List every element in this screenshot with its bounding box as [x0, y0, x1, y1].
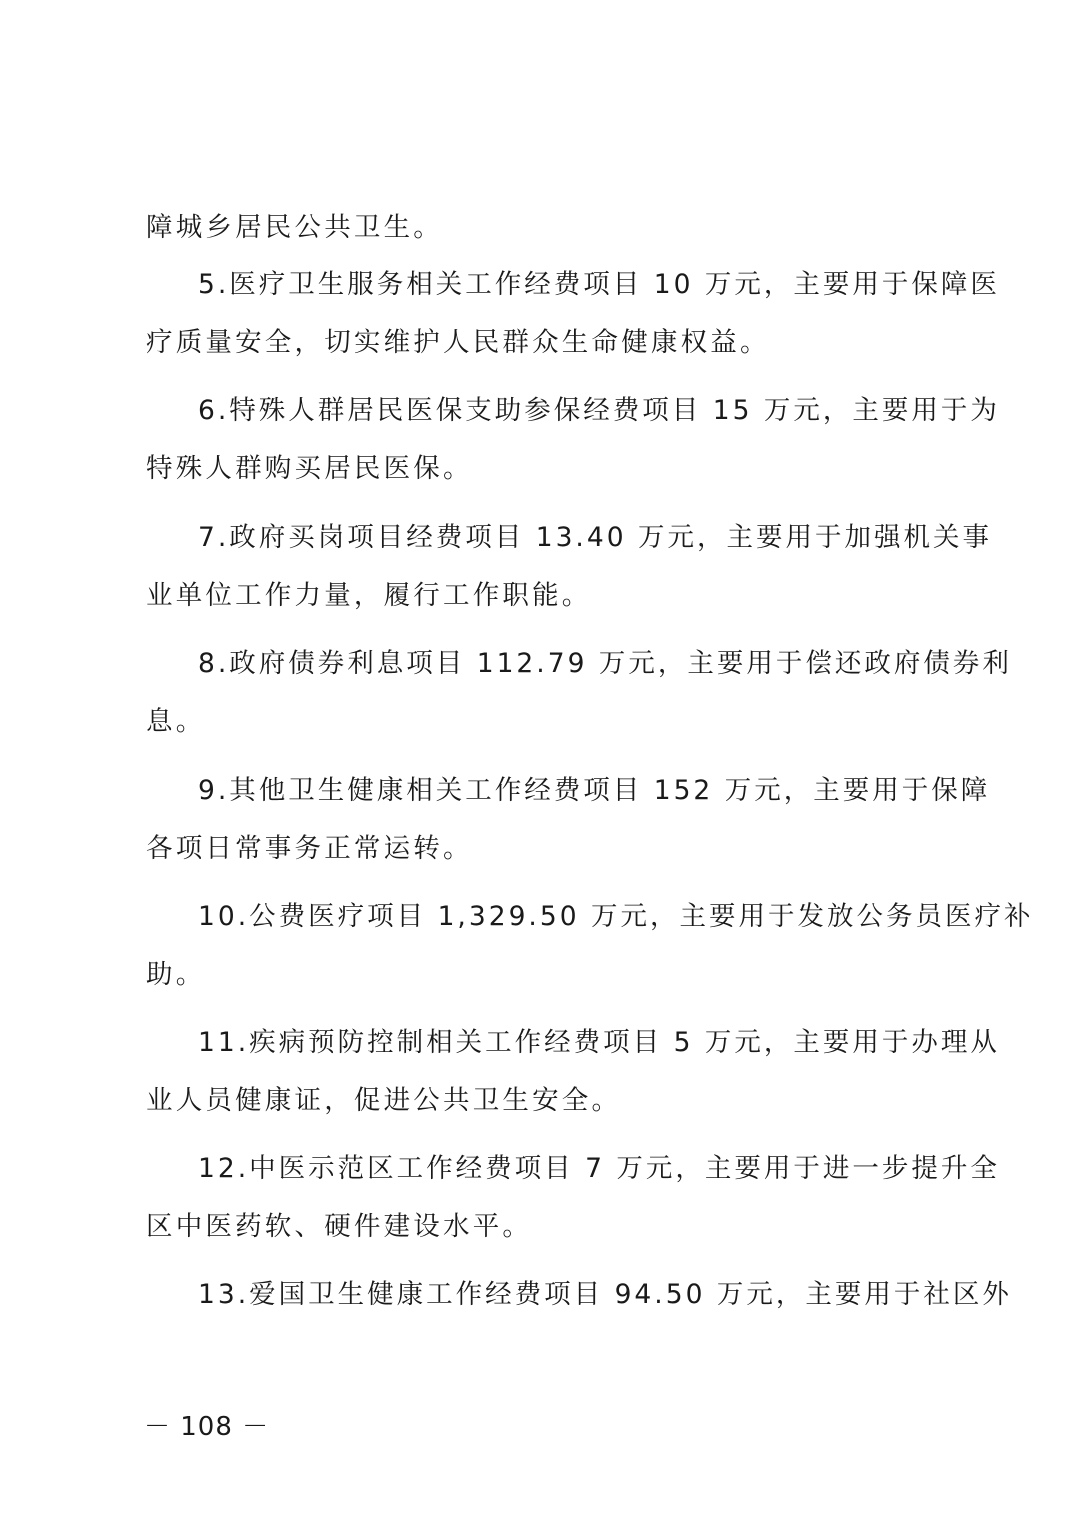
- paragraph-line: 6.特殊人群居民医保支助参保经费项目 15 万元，主要用于为: [198, 394, 998, 428]
- page-number: － 108 －: [144, 1410, 269, 1444]
- paragraph-line: 13.爱国卫生健康工作经费项目 94.50 万元，主要用于社区外: [198, 1278, 998, 1312]
- document-page: 障城乡居民公共卫生。 5.医疗卫生服务相关工作经费项目 10 万元，主要用于保障…: [0, 0, 1074, 1520]
- paragraph-line: 12.中医示范区工作经费项目 7 万元，主要用于进一步提升全: [198, 1152, 998, 1186]
- paragraph-line: 疗质量安全，切实维护人民群众生命健康权益。: [146, 326, 946, 360]
- paragraph-line: 息。: [146, 705, 946, 739]
- paragraph-line: 7.政府买岗项目经费项目 13.40 万元，主要用于加强机关事: [198, 521, 998, 555]
- paragraph-line: 障城乡居民公共卫生。: [146, 211, 946, 245]
- paragraph-line: 助。: [146, 958, 946, 992]
- paragraph-line: 9.其他卫生健康相关工作经费项目 152 万元，主要用于保障: [198, 774, 998, 808]
- paragraph-line: 特殊人群购买居民医保。: [146, 452, 946, 486]
- paragraph-line: 10.公费医疗项目 1,329.50 万元，主要用于发放公务员医疗补: [198, 900, 998, 934]
- paragraph-line: 业单位工作力量，履行工作职能。: [146, 579, 946, 613]
- paragraph-line: 5.医疗卫生服务相关工作经费项目 10 万元，主要用于保障医: [198, 268, 998, 302]
- paragraph-line: 11.疾病预防控制相关工作经费项目 5 万元，主要用于办理从: [198, 1026, 998, 1060]
- paragraph-line: 业人员健康证，促进公共卫生安全。: [146, 1084, 946, 1118]
- paragraph-line: 区中医药软、硬件建设水平。: [146, 1210, 946, 1244]
- paragraph-line: 各项日常事务正常运转。: [146, 832, 946, 866]
- paragraph-line: 8.政府债券利息项目 112.79 万元，主要用于偿还政府债券利: [198, 647, 998, 681]
